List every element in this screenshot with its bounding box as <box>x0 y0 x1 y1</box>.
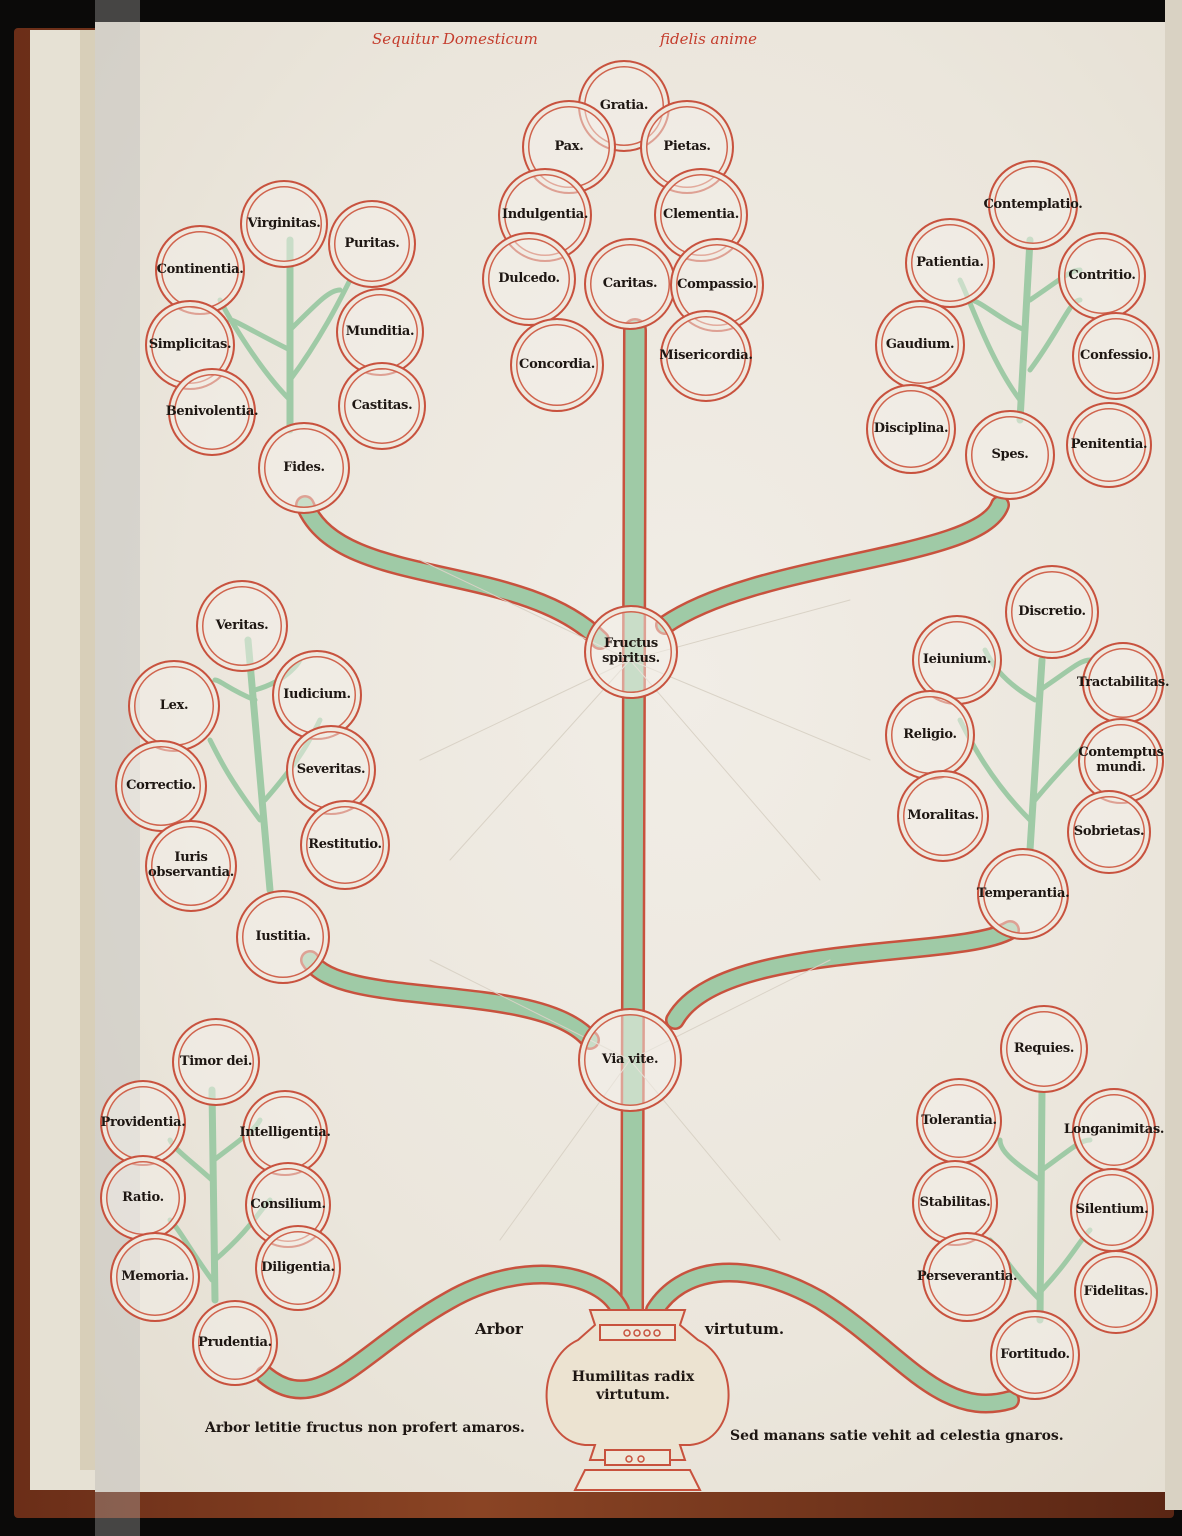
node-via-vite: Via vite. <box>578 1008 682 1112</box>
node-fortitudo: Fortitudo. <box>990 1310 1080 1400</box>
node-temperantia: Temperantia. <box>977 848 1069 940</box>
caption-virtutum: virtutum. <box>705 1320 784 1338</box>
node-gaudium: Gaudium. <box>875 300 965 390</box>
node-fides: Fides. <box>258 422 350 514</box>
node-perseverantia: Perseverantia. <box>922 1232 1012 1322</box>
node-puritas: Puritas. <box>328 200 416 288</box>
node-misericordia: Misericordia. <box>660 310 752 402</box>
node-moralitas: Moralitas. <box>897 770 989 862</box>
header-note-right: fidelis anime <box>660 30 757 48</box>
node-contritio: Contritio. <box>1058 232 1146 320</box>
caption-arbor: Arbor <box>475 1320 523 1338</box>
node-religio: Religio. <box>885 690 975 780</box>
node-longanimitas: Longanimitas. <box>1072 1088 1156 1172</box>
caption-bottom-right: Sed manans satie vehit ad celestia gnaro… <box>730 1428 1064 1444</box>
node-contemplatio: Contemplatio. <box>988 160 1078 250</box>
header-note-left: Sequitur Domesticum <box>372 30 538 48</box>
node-benivolentia: Benivolentia. <box>168 368 256 456</box>
node-dulcedo: Dulcedo. <box>482 232 576 326</box>
node-discretio: Discretio. <box>1005 565 1099 659</box>
node-fructus-spiritus: Fructus spiritus. <box>584 605 678 699</box>
node-memoria: Memoria. <box>110 1232 200 1322</box>
caption-bottom-left: Arbor letitie fructus non profert amaros… <box>205 1420 525 1436</box>
node-fidelitas: Fidelitas. <box>1074 1250 1158 1334</box>
node-diligentia: Diligentia. <box>255 1225 341 1311</box>
node-castitas: Castitas. <box>338 362 426 450</box>
node-requies: Requies. <box>1000 1005 1088 1093</box>
node-correctio: Correctio. <box>115 740 207 832</box>
node-sobrietas: Sobrietas. <box>1067 790 1151 874</box>
node-patientia: Patientia. <box>905 218 995 308</box>
node-concordia: Concordia. <box>510 318 604 412</box>
node-silentium: Silentium. <box>1070 1168 1154 1252</box>
node-iuris-observantia: Iuris observantia. <box>145 820 237 912</box>
node-virginitas: Virginitas. <box>240 180 328 268</box>
node-restitutio: Restitutio. <box>300 800 390 890</box>
node-confessio: Confessio. <box>1072 312 1160 400</box>
node-tolerantia: Tolerantia. <box>916 1078 1002 1164</box>
root-label-humilitas: Humilitas radix virtutum. <box>558 1368 708 1404</box>
node-veritas: Veritas. <box>196 580 288 672</box>
node-penitentia: Penitentia. <box>1066 402 1152 488</box>
node-tractabilitas: Tractabilitas. <box>1082 642 1164 724</box>
node-prudentia: Prudentia. <box>192 1300 278 1386</box>
node-caritas: Caritas. <box>584 238 676 330</box>
node-ratio: Ratio. <box>100 1155 186 1241</box>
node-providentia: Providentia. <box>100 1080 186 1166</box>
node-iustitia: Iustitia. <box>236 890 330 984</box>
node-lex: Lex. <box>128 660 220 752</box>
node-disciplina: Disciplina. <box>866 384 956 474</box>
node-spes: Spes. <box>965 410 1055 500</box>
node-timor-dei: Timor dei. <box>172 1018 260 1106</box>
